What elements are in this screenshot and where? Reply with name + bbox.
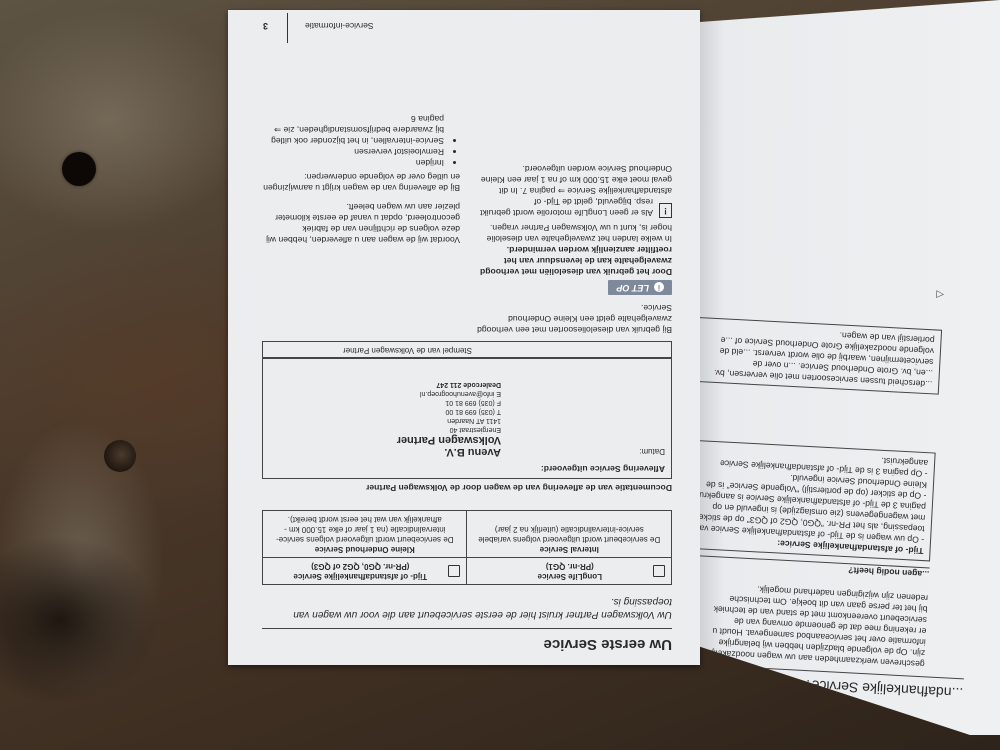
small-service-heading: Kleine Onderhoud Service: [269, 544, 461, 554]
dealer-name: Avenu B.V.: [397, 446, 501, 458]
dealer-subtitle: Volkswagen Partner: [397, 434, 501, 446]
advice-item: Inrijden: [262, 157, 444, 168]
dealer-street: Energiestraat 40: [397, 425, 501, 434]
letop-block: iLET OP Door het gebruik van dieseloliën…: [477, 222, 672, 298]
longlife-note-block: ! Als er geen LongLife motorolie wordt g…: [477, 163, 672, 218]
letop-bold-text: Door het gebruik van dieseloliën met ver…: [477, 244, 672, 277]
continue-arrow-icon: ◁: [936, 288, 944, 299]
diesel-note: Bij gebruik van dieseloliesoorten met ee…: [477, 302, 672, 335]
option-time-label: Tijd- of afstandafhankelijke Service: [293, 572, 427, 581]
dealer-city: 1411 AT Naarden: [397, 416, 501, 425]
delivery-label: Aflevering Service uitgevoerd:: [541, 463, 665, 474]
right-intro: geschreven werkzaamheden aan uw wagen no…: [705, 581, 929, 669]
interval-service-text: De servicebeurt wordt uitgevoerd volgens…: [474, 524, 666, 544]
right-page: ...ndafhankelijke Service? geschreven we…: [700, 0, 1000, 735]
right-note: ...derscheid tussen servicesoorten met o…: [695, 317, 942, 395]
page-number: 3: [263, 21, 268, 31]
option-longlife-pr: (PR-nr. QG1): [546, 562, 594, 571]
running-header-title: Service-informatie: [305, 21, 374, 31]
info-icon: i: [654, 282, 664, 292]
header-divider: [287, 13, 288, 43]
advice-intro: Bij de aflevering van de wagen krijgt u …: [262, 171, 460, 193]
letop-badge: iLET OP: [608, 280, 672, 295]
dealer-email: E info@avenuhoogroep.nl: [397, 389, 501, 398]
option-longlife-label: LongLife Service: [538, 572, 602, 581]
stamp-label: Stempel van de Volkswagen Partner: [343, 346, 472, 355]
oil-can-icon: !: [659, 203, 672, 218]
surface-screw: [104, 440, 136, 472]
left-page: Service-informatie 3 112.5R3.PKW.32 Uw e…: [228, 10, 700, 665]
page-title-wrap: Uw eerste Service: [262, 628, 672, 653]
running-header: Service-informatie 3: [245, 15, 690, 37]
small-service-text: De servicebeurt wordt uitgevoerd volgens…: [269, 514, 461, 544]
left-column: Bij gebruik van dieseloliesoorten met ee…: [477, 163, 672, 335]
dealer-fax: F (035) 699 81 01: [397, 398, 501, 407]
right-info-box: Tijd- of afstandafhankelijke Service: - …: [676, 439, 935, 561]
date-label[interactable]: Datum:: [639, 447, 665, 456]
right-column: Voordat wij de wagen aan u afleverden, h…: [262, 110, 460, 245]
intro-text: Uw Volkswagen Partner kruist hier de eer…: [262, 595, 672, 621]
right-page-title: ...ndafhankelijke Service?: [803, 677, 963, 701]
stamp-row: Stempel van de Volkswagen Partner: [262, 341, 672, 359]
delivery-box: Aflevering Service uitgevoerd: Datum: Av…: [262, 357, 672, 479]
longlife-checkbox[interactable]: [653, 565, 665, 577]
page-title: Uw eerste Service: [544, 636, 672, 653]
advice-item: Service-intervallen, in het bijzonder oo…: [262, 113, 444, 146]
advice-item: Remvloeistof verversen: [262, 146, 444, 157]
pre-delivery-text: Voordat wij de wagen aan u afleverden, h…: [262, 201, 460, 245]
interval-service-heading: Interval Service: [474, 544, 666, 554]
dealer-code: Dealercode 211 247: [397, 380, 501, 389]
time-distance-checkbox[interactable]: [449, 565, 461, 577]
dealer-phone: T (035) 699 81 00: [397, 407, 501, 416]
letop-text: In welke landen het zwavelgehalte van di…: [477, 222, 672, 244]
option-time-pr: (PR-nr. QG0, QG2 of QG3): [311, 562, 409, 571]
surface-hole: [62, 152, 96, 186]
delivery-heading: Documentatie van de aflevering van de wa…: [262, 482, 672, 493]
dealer-stamp: Avenu B.V. Volkswagen Partner Energiestr…: [397, 380, 501, 458]
longlife-note: Als er geen LongLife motorolie wordt geb…: [477, 163, 672, 218]
advice-list: Inrijden Remvloeistof verversen Service-…: [262, 113, 460, 168]
service-table: LongLife Service (PR-nr. QG1) Tijd- of a…: [262, 510, 672, 585]
